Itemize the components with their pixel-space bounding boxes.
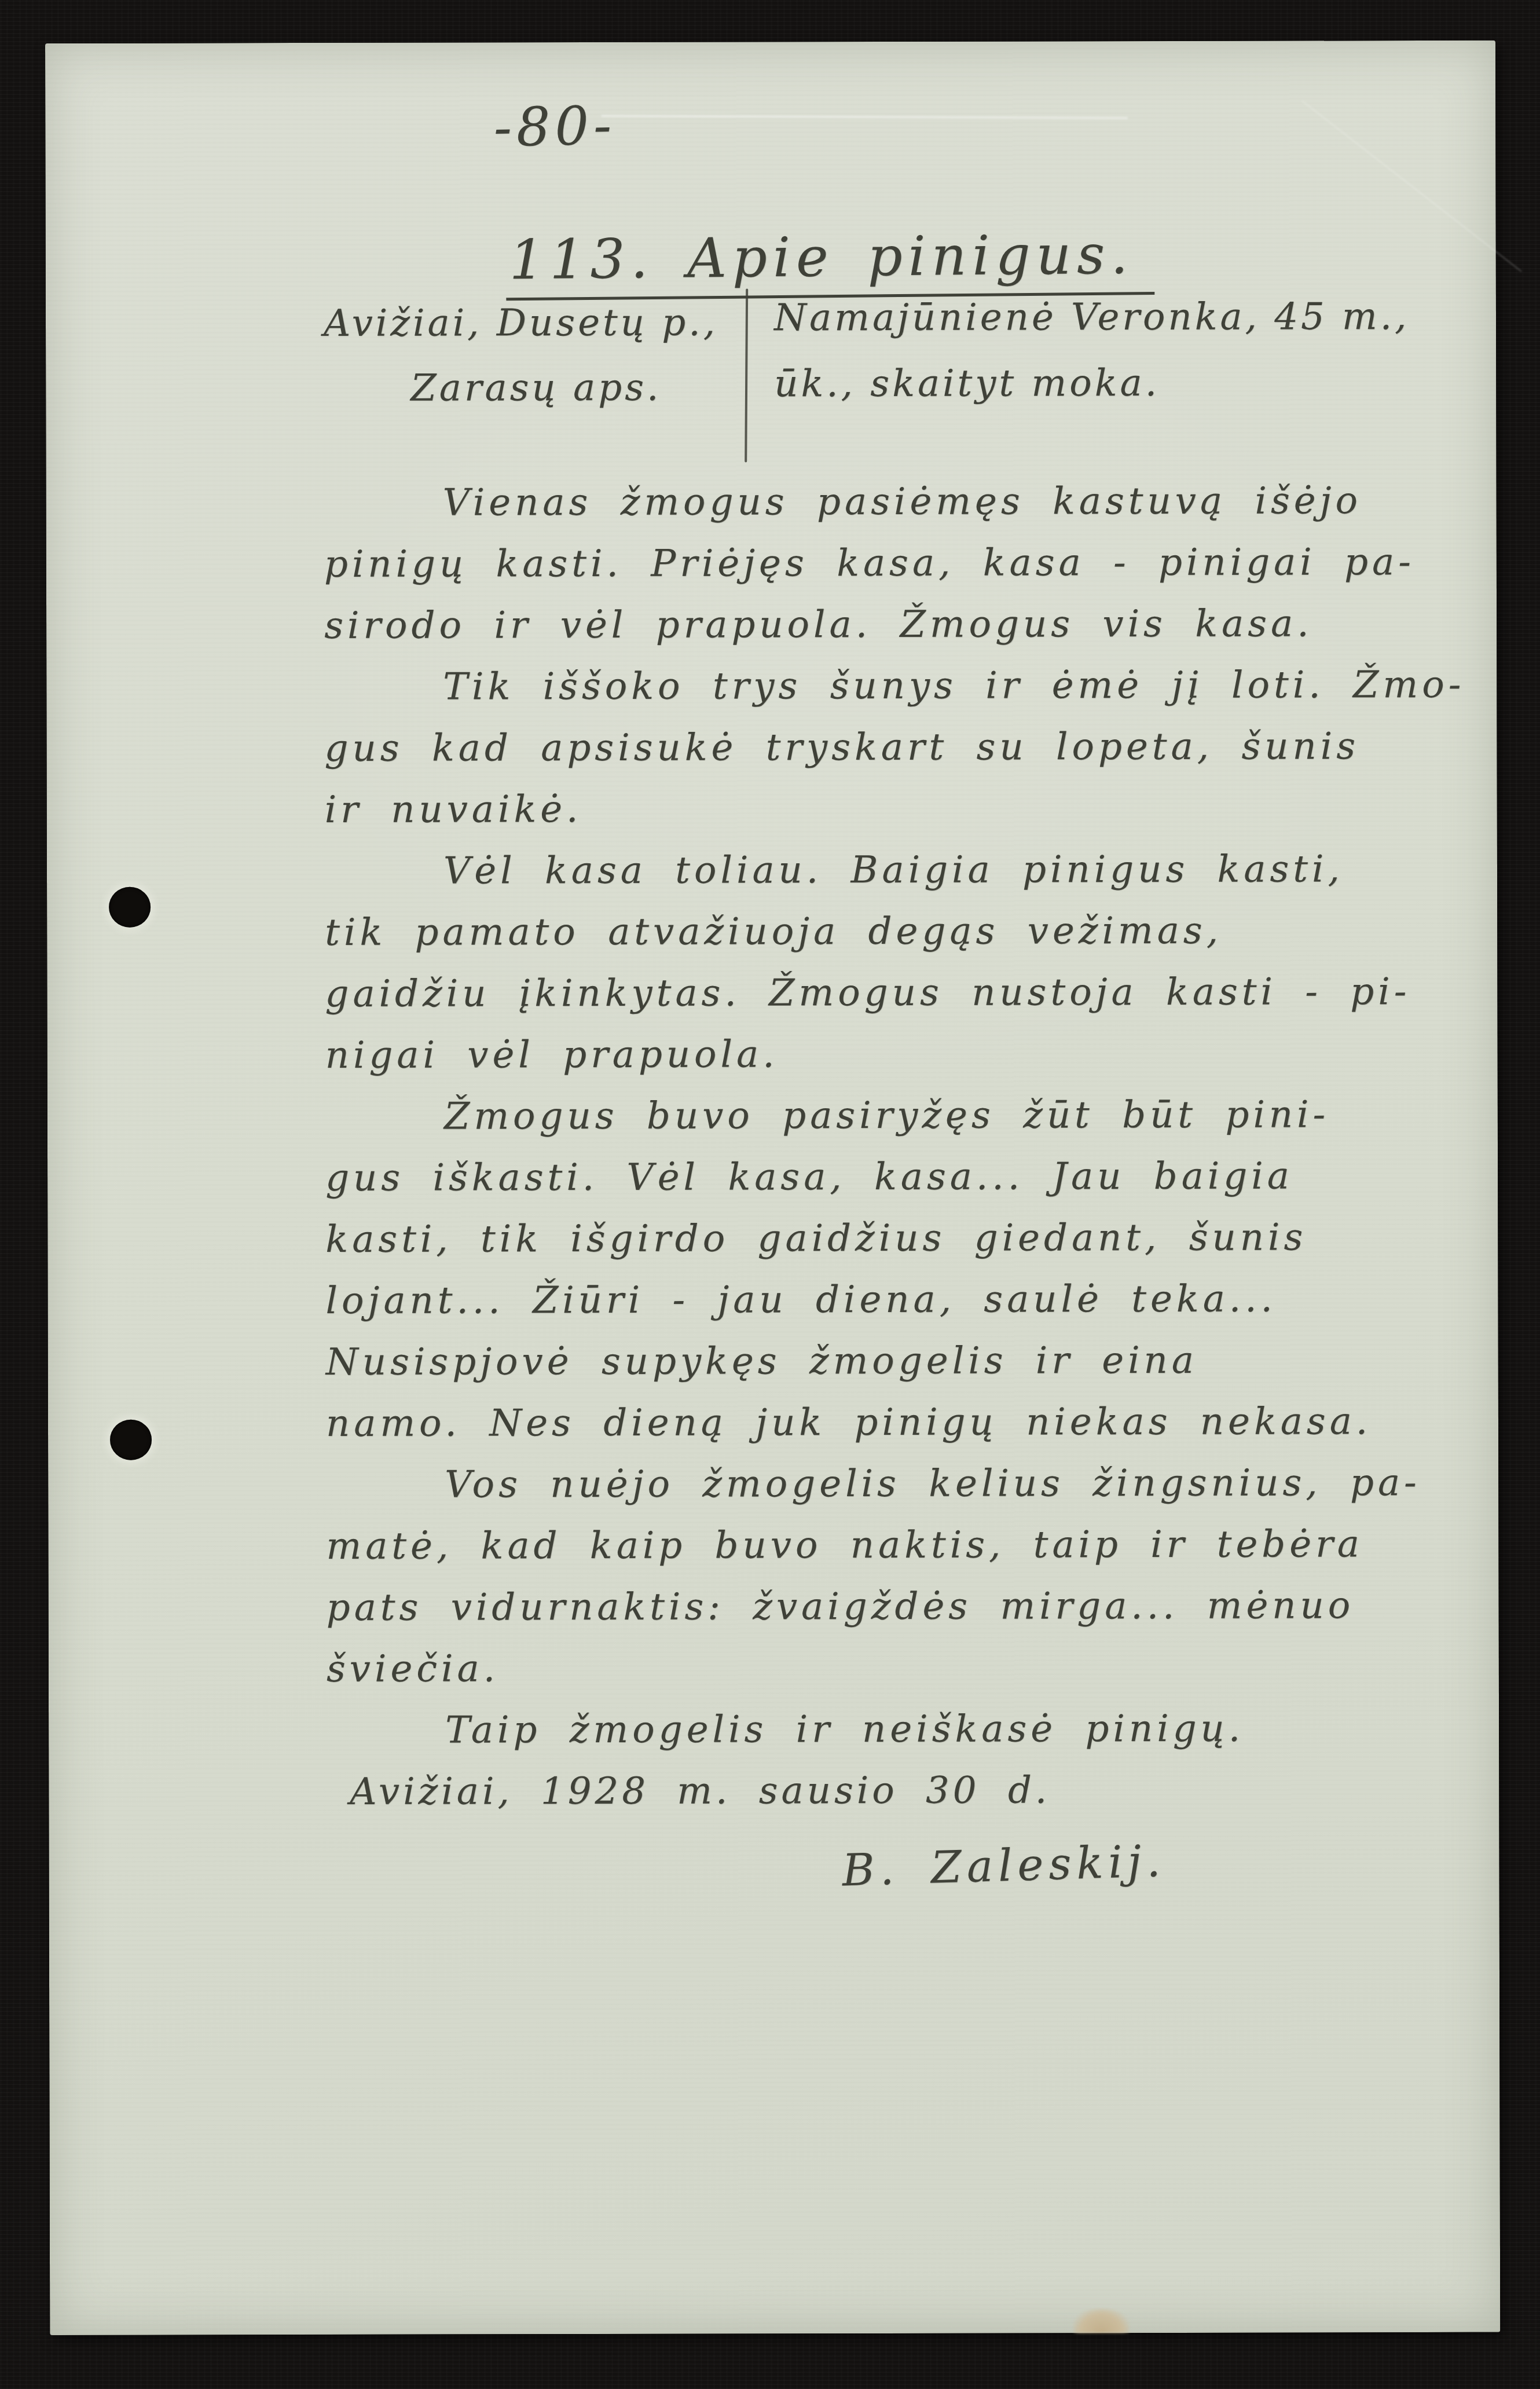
story-line: matė, kad kaip buvo naktis, taip ir tebė… xyxy=(326,1514,1478,1577)
location-line-2: Zarasų aps. xyxy=(410,367,718,410)
story-line: pats vidurnaktis: žvaigždės mirga... mėn… xyxy=(327,1575,1479,1639)
story-line: Taip žmogelis ir neiškasė pinigų. xyxy=(327,1698,1479,1761)
paper-crease-horizontal xyxy=(601,115,1128,119)
header-divider-line xyxy=(745,288,748,462)
story-line: gaidžiu įkinkytas. Žmogus nustoja kasti … xyxy=(325,961,1477,1025)
story-line: Vėl kasa toliau. Baigia pinigus kasti, xyxy=(325,838,1477,902)
story-line: namo. Nes dieną juk pinigų niekas nekasa… xyxy=(326,1391,1478,1454)
story-line: ir nuvaikė. xyxy=(325,777,1477,841)
story-line: nigai vėl prapuola. xyxy=(325,1023,1477,1086)
page-number: -80- xyxy=(493,94,617,159)
header-location: Avižiai, Dusetų p., Zarasų aps. xyxy=(324,302,718,410)
story-line: gus iškasti. Vėl kasa, kasa... Jau baigi… xyxy=(325,1145,1477,1209)
story-lines: Vienas žmogus pasiėmęs kastuvą išėjopini… xyxy=(324,470,1479,1761)
story-line: Nusispjovė supykęs žmogelis ir eina xyxy=(326,1329,1478,1393)
story-line: Vienas žmogus pasiėmęs kastuvą išėjo xyxy=(324,470,1476,534)
location-line-1: Avižiai, Dusetų p., xyxy=(324,302,718,345)
scan-background: -80- 113. Apie pinigus. Avižiai, Dusetų … xyxy=(0,0,1540,2389)
story-line: Vos nuėjo žmogelis kelius žingsnius, pa- xyxy=(326,1452,1478,1516)
hole-punch-bottom xyxy=(110,1420,152,1460)
story-line: lojant... Žiūri - jau diena, saulė teka.… xyxy=(325,1268,1477,1332)
document-page: -80- 113. Apie pinigus. Avižiai, Dusetų … xyxy=(45,41,1500,2335)
story-line: sirodo ir vėl prapuola. Žmogus vis kasa. xyxy=(324,593,1476,657)
signature: B. Zaleskij. xyxy=(841,1819,1480,1902)
story-line: šviečia. xyxy=(327,1636,1479,1700)
header-block: Avižiai, Dusetų p., Zarasų aps. Namajūni… xyxy=(324,295,1511,477)
hole-punch-top xyxy=(109,887,151,928)
story-line: tik pamato atvažiuoja degąs vežimas, xyxy=(325,900,1477,963)
dateline: Avižiai, 1928 m. sausio 30 d. xyxy=(350,1759,1479,1823)
story-line: gus kad apsisukė tryskart su lopeta, šun… xyxy=(324,716,1476,779)
informant-line-1: Namajūnienė Veronka, 45 m., xyxy=(774,295,1410,339)
header-informant: Namajūnienė Veronka, 45 m., ūk., skaityt… xyxy=(774,295,1410,405)
story-line: kasti, tik išgirdo gaidžius giedant, šun… xyxy=(325,1207,1477,1270)
story-line: Tik iššoko trys šunys ir ėmė jį loti. Žm… xyxy=(324,654,1476,718)
informant-line-2: ūk., skaityt moka. xyxy=(774,361,1410,405)
story-body: Vienas žmogus pasiėmęs kastuvą išėjopini… xyxy=(324,470,1479,1895)
paper-crease-corner xyxy=(1301,100,1522,272)
story-title: 113. Apie pinigus. xyxy=(505,223,1155,301)
story-title-wrap: 113. Apie pinigus. xyxy=(506,225,1155,298)
story-line: pinigų kasti. Priėjęs kasa, kasa - pinig… xyxy=(324,532,1476,595)
story-line: Žmogus buvo pasiryžęs žūt būt pini- xyxy=(325,1084,1477,1148)
stain-mark xyxy=(1073,2309,1129,2333)
